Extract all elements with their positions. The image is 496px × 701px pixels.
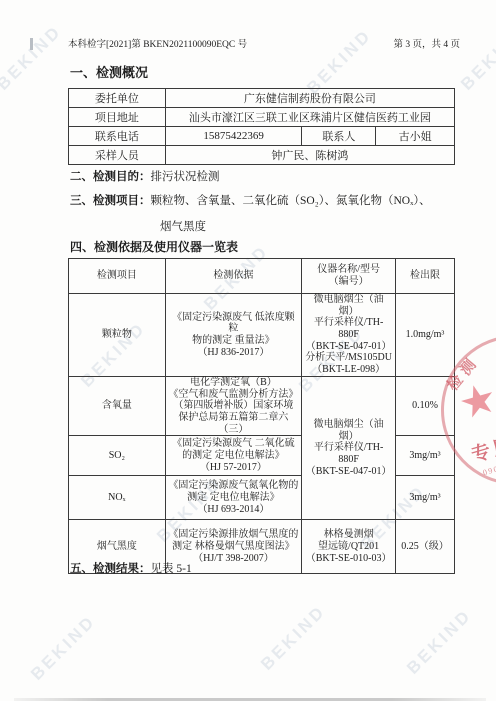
info-value: 古小姐 — [376, 127, 455, 146]
cell-limit: 0.10% — [396, 376, 455, 435]
cell-item: 含氧量 — [69, 376, 166, 435]
section-title-purpose: 二、检测目的： — [70, 171, 151, 183]
cell-limit: 0.25（级） — [396, 520, 455, 574]
info-value: 钟广民、陈树鸿 — [165, 146, 454, 165]
results-content: 见表 5-1 — [151, 563, 192, 575]
cell-limit: 3mg/m³ — [396, 436, 455, 476]
info-value: 广东健信制药股份有限公司 — [165, 89, 454, 108]
info-value: 15875422369 — [165, 127, 302, 146]
cell-item: SO₂ — [69, 436, 166, 476]
scanned-report-page: BEKIND BEKIND BEKIND BEKIND BEKIND BEKIN… — [0, 0, 496, 701]
watermark: BEKIND — [27, 612, 100, 685]
items-line1: 颗粒物、含氧量、二氧化硫（SO₂）、氮氧化物（NOₓ）、 — [151, 195, 431, 207]
cell-item: 颗粒物 — [69, 294, 166, 377]
table-header-row: 检测项目 检测依据 仪器名称/型号 （编号） 检出限 — [69, 259, 455, 294]
section-items: 三、检测项目：颗粒物、含氧量、二氧化硫（SO₂）、氮氧化物（NOₓ）、 — [70, 192, 431, 208]
cell-limit: 3mg/m³ — [396, 476, 455, 520]
cell-instrument: 微电脑烟尘（油烟） 平行采样仪/TH-880F （BKT-SE-047-01） … — [302, 294, 396, 377]
info-label: 采样人员 — [69, 146, 166, 165]
table-row: 项目地址 汕头市濠江区三联工业区珠浦片区健信医药工业园 — [69, 108, 455, 127]
col-header-instrument: 仪器名称/型号 （编号） — [302, 259, 396, 294]
cell-basis: 电化学测定氧（B） 《空气和废气监测分析方法》 （第四版增补版）国家环境 保护总… — [165, 376, 302, 435]
table-row: 联系电话 15875422369 联系人 古小姐 — [69, 127, 455, 146]
section-title-basis: 四、检测依据及使用仪器一览表 — [70, 238, 238, 255]
stamp-serial: 09022 — [482, 461, 496, 477]
cell-basis: 《固定污染源废气 低浓度颗粒 物的测定 重量法》 （HJ 836-2017） — [165, 294, 302, 377]
info-table: 委托单位 广东健信制药股份有限公司 项目地址 汕头市濠江区三联工业区珠浦片区健信… — [68, 88, 455, 165]
info-value: 汕头市濠江区三联工业区珠浦片区健信医药工业园 — [165, 108, 454, 127]
purpose-content: 排污状况检测 — [151, 171, 220, 183]
cell-basis: 《固定污染源废气 二氧化硫 的测定 定电位电解法》 （HJ 57-2017） — [165, 436, 302, 476]
section-purpose: 二、检测目的：排污状况检测 — [70, 168, 220, 184]
stamp-label: 专用 — [468, 429, 496, 467]
info-label: 联系电话 — [69, 127, 166, 146]
cell-limit: 1.0mg/m³ — [396, 294, 455, 377]
watermark: BEKIND — [0, 22, 66, 95]
cell-instrument: 林格曼测烟 望远镜/QT201 （BKT-SE-010-03） — [302, 520, 396, 574]
info-label: 委托单位 — [69, 89, 166, 108]
table-row: 颗粒物 《固定污染源废气 低浓度颗粒 物的测定 重量法》 （HJ 836-201… — [69, 294, 455, 377]
section-title-overview: 一、检测概况 — [70, 62, 148, 81]
table-row: 采样人员 钟广民、陈树鸿 — [69, 146, 455, 165]
star-icon: ★ — [454, 377, 496, 428]
scan-artifact — [30, 38, 33, 50]
table-row: 委托单位 广东健信制药股份有限公司 — [69, 89, 455, 108]
report-number: 本科检字[2021]第 BKEN2021100090EQC 号 — [68, 36, 247, 50]
table-row: NOₓ 《固定污染源废气氮氧化物的 测定 定电位电解法》 （HJ 693-201… — [69, 476, 455, 520]
page-header: 本科检字[2021]第 BKEN2021100090EQC 号 第 3 页，共 … — [68, 36, 460, 50]
section-title-items: 三、检测项目： — [70, 195, 151, 207]
page-number: 第 3 页，共 4 页 — [393, 36, 460, 50]
info-label: 联系人 — [302, 127, 376, 146]
watermark: BEKIND — [403, 606, 476, 679]
watermark: BEKIND — [457, 22, 496, 95]
cell-item: NOₓ — [69, 476, 166, 520]
table-row: SO₂ 《固定污染源废气 二氧化硫 的测定 定电位电解法》 （HJ 57-201… — [69, 436, 455, 476]
items-line2: 烟气黑度 — [160, 218, 206, 234]
col-header-basis: 检测依据 — [165, 259, 302, 294]
cell-basis: 《固定污染源废气氮氧化物的 测定 定电位电解法》 （HJ 693-2014） — [165, 476, 302, 520]
info-label: 项目地址 — [69, 108, 166, 127]
cell-instrument: 微电脑烟尘（油烟） 平行采样仪/TH-880F （BKT-SE-047-01） — [302, 376, 396, 519]
section-results: 五、检测结果：见表 5-1 — [70, 560, 192, 576]
col-header-item: 检测项目 — [69, 259, 166, 294]
watermark: BEKIND — [257, 602, 330, 675]
method-table: 检测项目 检测依据 仪器名称/型号 （编号） 检出限 颗粒物 《固定污染源废气 … — [68, 258, 455, 574]
col-header-limit: 检出限 — [396, 259, 455, 294]
section-title-results: 五、检测结果： — [70, 563, 151, 575]
table-row: 含氧量 电化学测定氧（B） 《空气和废气监测分析方法》 （第四版增补版）国家环境… — [69, 376, 455, 435]
